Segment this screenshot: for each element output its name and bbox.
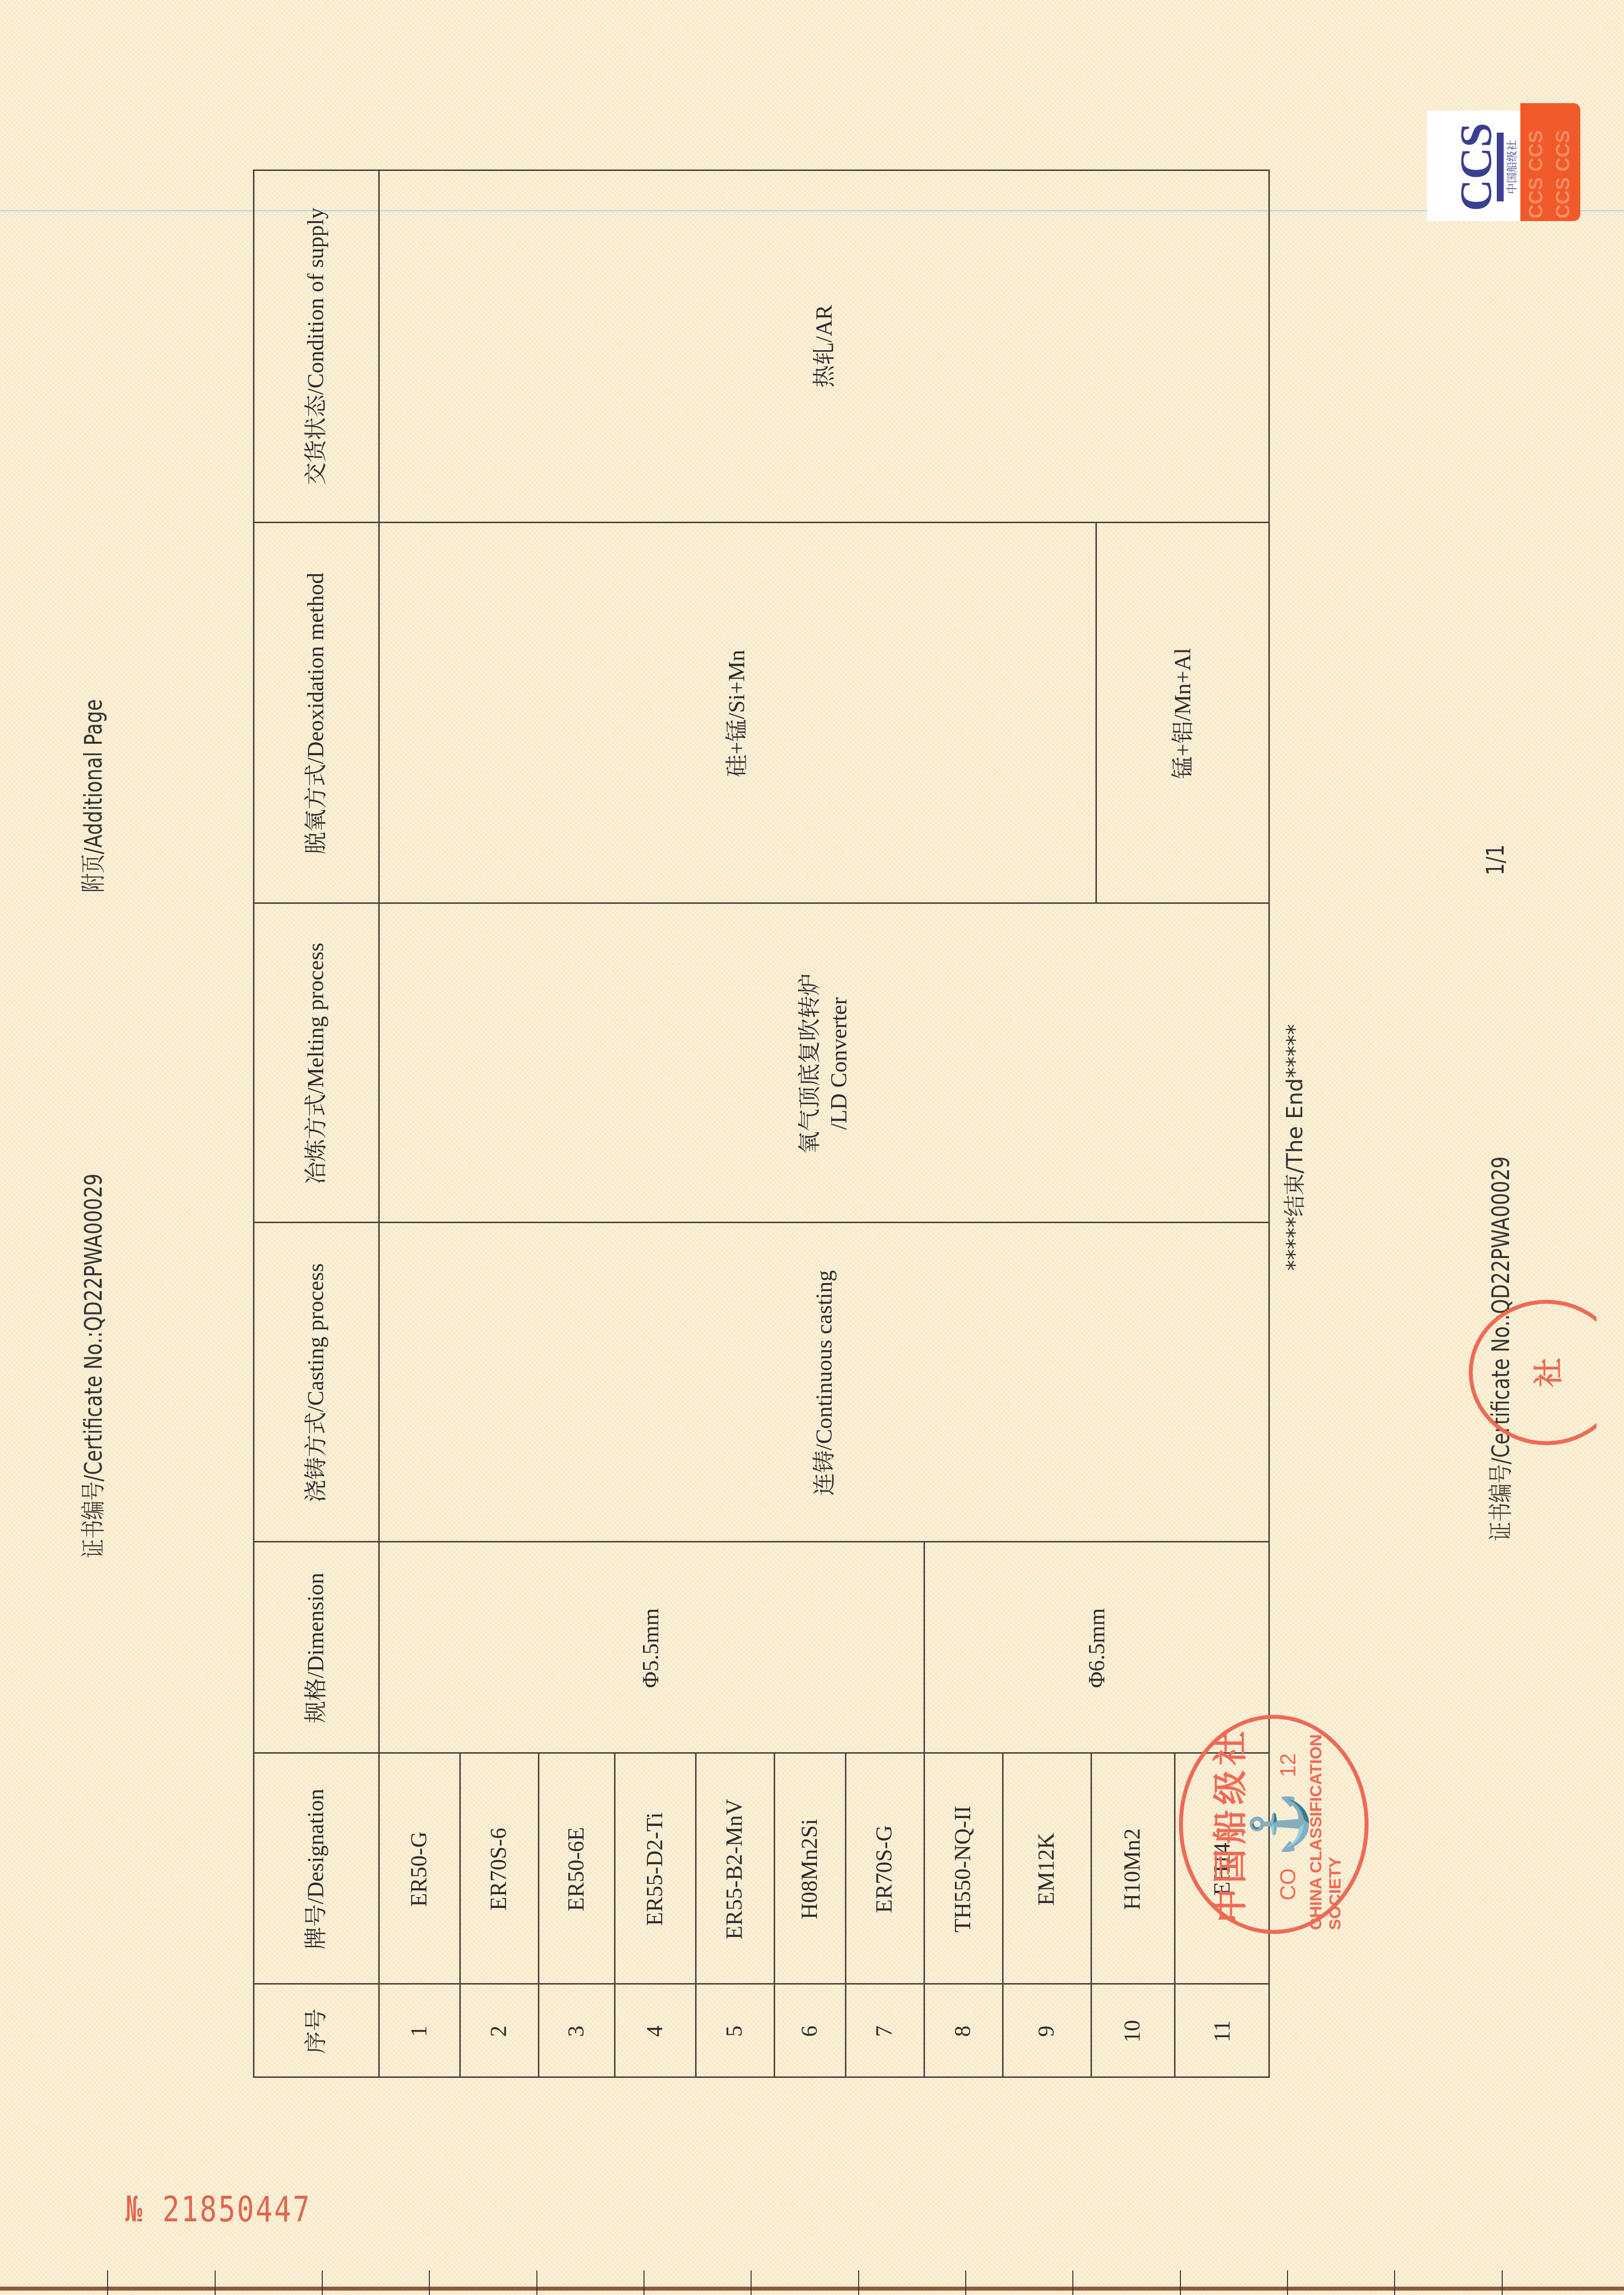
row-1-designation: ER50-G	[378, 1754, 459, 1985]
row-9-designation: EM12K	[1002, 1754, 1091, 1985]
partial-seal-footer: 社	[1469, 1298, 1596, 1445]
row-9-seq: 9	[1002, 1985, 1091, 2078]
row-7-designation: ER70S-G	[845, 1754, 924, 1985]
row-3-seq: 3	[538, 1985, 614, 2078]
row-2-seq: 2	[459, 1985, 538, 2078]
partial-seal-text: 社	[1473, 1304, 1596, 1441]
row-5-designation: ER55-B2-MnV	[695, 1754, 774, 1985]
row-7-seq: 7	[845, 1985, 924, 2078]
seal-cn-text: 中国船级社	[1203, 1726, 1253, 1923]
row-8-designation: TH550-NQ-II	[924, 1754, 1002, 1985]
col-header-designation: 牌号/Designation	[253, 1754, 378, 1985]
melting-process-en: /LD Converter	[824, 997, 854, 1130]
end-marker: *****结束/The End*****	[1277, 1024, 1309, 1271]
row-5-seq: 5	[695, 1985, 774, 2078]
col-header-seq: 序号	[253, 1985, 378, 2078]
col-header-dimension: 规格/Dimension	[253, 1542, 378, 1754]
col-header-deoxidation: 脱氧方式/Deoxidation method	[253, 523, 378, 904]
row-1-seq: 1	[378, 1985, 459, 2078]
row-6-designation: H08Mn2Si	[774, 1754, 845, 1985]
col-header-condition: 交货状态/Condition of supply	[253, 169, 378, 523]
ccs-official-seal: 中国船级社 ⚓ CHINA CLASSIFICATION SOCIETY CO …	[1179, 1715, 1369, 1934]
casting-process-value: 连铸/Continuous casting	[378, 1223, 1270, 1542]
dimension-5-5mm: Φ5.5mm	[378, 1542, 924, 1754]
seal-number: 12	[1276, 1753, 1301, 1777]
row-11-seq: 11	[1174, 1985, 1270, 2078]
row-3-designation: ER50-6E	[538, 1754, 614, 1985]
row-2-designation: ER70S-6	[459, 1754, 538, 1985]
row-8-seq: 8	[924, 1985, 1002, 2078]
row-10-seq: 10	[1091, 1985, 1174, 2078]
rotated-document: 证书编号/Certificate No.:QD22PWA00029 附页/Add…	[0, 0, 1624, 2295]
col-header-melting: 冶炼方式/Melting process	[253, 904, 378, 1223]
seal-code: CO	[1276, 1868, 1301, 1901]
seal-en-text: CHINA CLASSIFICATION SOCIETY	[1307, 1719, 1345, 1930]
supply-table: 序号 牌号/Designation 规格/Dimension 浇铸方式/Cast…	[253, 169, 1270, 2078]
anchor-icon: ⚓	[1253, 1791, 1307, 1858]
footer-page-count: 1/1	[1481, 844, 1510, 875]
col-header-casting: 浇铸方式/Casting process	[253, 1223, 378, 1542]
deoxidation-mn-al: 锰+铝/Mn+Al	[1095, 523, 1270, 904]
header-additional-page: 附页/Additional Page	[74, 699, 109, 893]
condition-of-supply-value: 热轧/AR	[378, 169, 1270, 523]
header-certificate-number: 证书编号/Certificate No.:QD22PWA00029	[74, 1174, 109, 1558]
melting-process-cn: 氧气顶底复吹转炉	[795, 973, 824, 1154]
row-6-seq: 6	[774, 1985, 845, 2078]
row-10-designation: H10Mn2	[1091, 1754, 1174, 1985]
row-4-seq: 4	[614, 1985, 695, 2078]
row-4-designation: ER55-D2-Ti	[614, 1754, 695, 1985]
melting-process-value: 氧气顶底复吹转炉 /LD Converter	[378, 904, 1270, 1223]
deoxidation-si-mn: 硅+锰/Si+Mn	[378, 523, 1095, 904]
